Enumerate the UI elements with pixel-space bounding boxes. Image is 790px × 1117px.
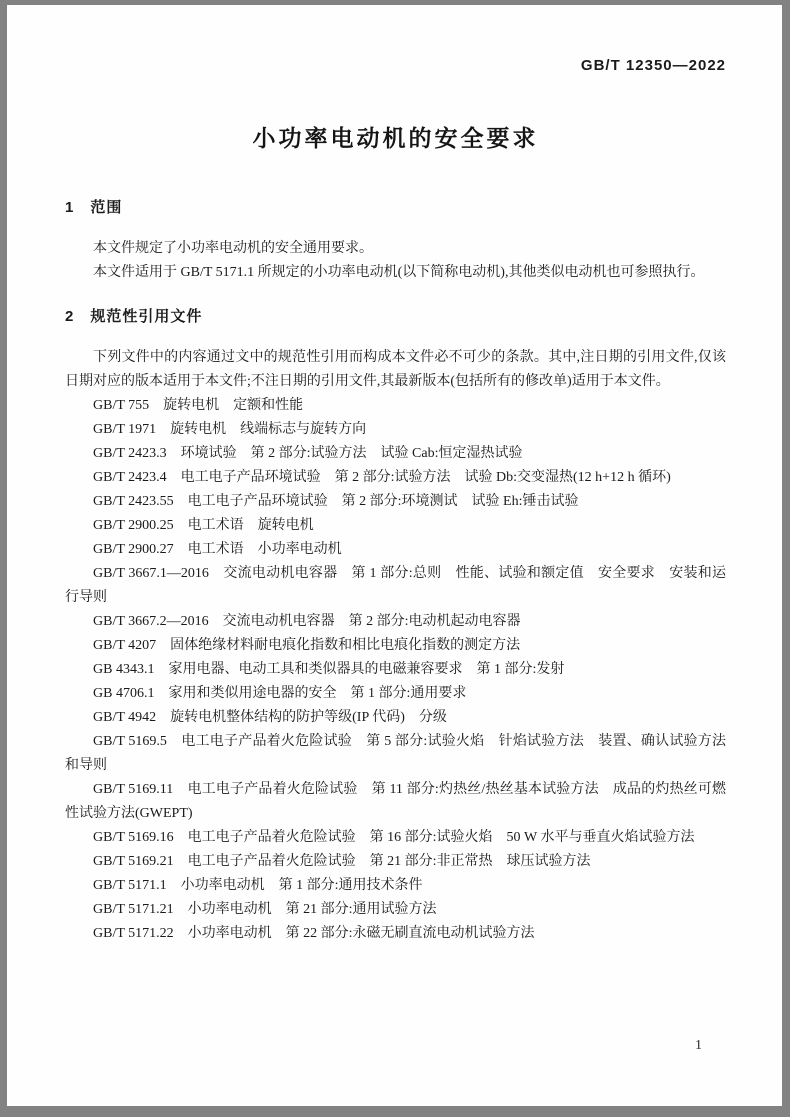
- reference-item: GB/T 5169.16 电工电子产品着火危险试验 第 16 部分:试验火焰 5…: [65, 826, 726, 850]
- reference-item: GB/T 5171.1 小功率电动机 第 1 部分:通用技术条件: [65, 874, 726, 898]
- reference-item: GB/T 1971 旋转电机 线端标志与旋转方向: [65, 418, 726, 442]
- reference-item: GB/T 2423.4 电工电子产品环境试验 第 2 部分:试验方法 试验 Db…: [65, 466, 726, 490]
- reference-item: GB 4343.1 家用电器、电动工具和类似器具的电磁兼容要求 第 1 部分:发…: [65, 658, 726, 682]
- reference-item: GB/T 3667.2—2016 交流电动机电容器 第 2 部分:电动机起动电容…: [65, 610, 726, 634]
- reference-item: GB/T 5169.11 电工电子产品着火危险试验 第 11 部分:灼热丝/热丝…: [65, 778, 726, 826]
- standard-code: GB/T 12350—2022: [65, 57, 726, 75]
- section-2-heading: 2 规范性引用文件: [65, 307, 726, 327]
- reference-item: GB/T 5171.22 小功率电动机 第 22 部分:永磁无刷直流电动机试验方…: [65, 922, 726, 946]
- document-page: GB/T 12350—2022 小功率电动机的安全要求 1 范围 本文件规定了小…: [7, 5, 782, 1106]
- reference-item: GB/T 4207 固体绝缘材料耐电痕化指数和相比电痕化指数的测定方法: [65, 634, 726, 658]
- reference-item: GB/T 2423.55 电工电子产品环境试验 第 2 部分:环境测试 试验 E…: [65, 490, 726, 514]
- reference-item: GB/T 755 旋转电机 定额和性能: [65, 394, 726, 418]
- section-1-heading: 1 范围: [65, 198, 726, 218]
- reference-item: GB/T 2900.25 电工术语 旋转电机: [65, 514, 726, 538]
- references-intro: 下列文件中的内容通过文中的规范性引用而构成本文件必不可少的条款。其中,注日期的引…: [65, 346, 726, 394]
- reference-item: GB/T 5169.21 电工电子产品着火危险试验 第 21 部分:非正常热 球…: [65, 850, 726, 874]
- reference-item: GB/T 5171.21 小功率电动机 第 21 部分:通用试验方法: [65, 898, 726, 922]
- reference-item: GB/T 2900.27 电工术语 小功率电动机: [65, 538, 726, 562]
- reference-item: GB/T 3667.1—2016 交流电动机电容器 第 1 部分:总则 性能、试…: [65, 562, 726, 610]
- scope-paragraph-2: 本文件适用于 GB/T 5171.1 所规定的小功率电动机(以下简称电动机),其…: [65, 261, 726, 285]
- scope-paragraph-1: 本文件规定了小功率电动机的安全通用要求。: [65, 237, 726, 261]
- page-number: 1: [695, 1038, 702, 1054]
- reference-item: GB/T 4942 旋转电机整体结构的防护等级(IP 代码) 分级: [65, 706, 726, 730]
- reference-item: GB/T 5169.5 电工电子产品着火危险试验 第 5 部分:试验火焰 针焰试…: [65, 730, 726, 778]
- reference-item: GB/T 2423.3 环境试验 第 2 部分:试验方法 试验 Cab:恒定湿热…: [65, 442, 726, 466]
- document-title: 小功率电动机的安全要求: [65, 123, 726, 153]
- reference-item: GB 4706.1 家用和类似用途电器的安全 第 1 部分:通用要求: [65, 682, 726, 706]
